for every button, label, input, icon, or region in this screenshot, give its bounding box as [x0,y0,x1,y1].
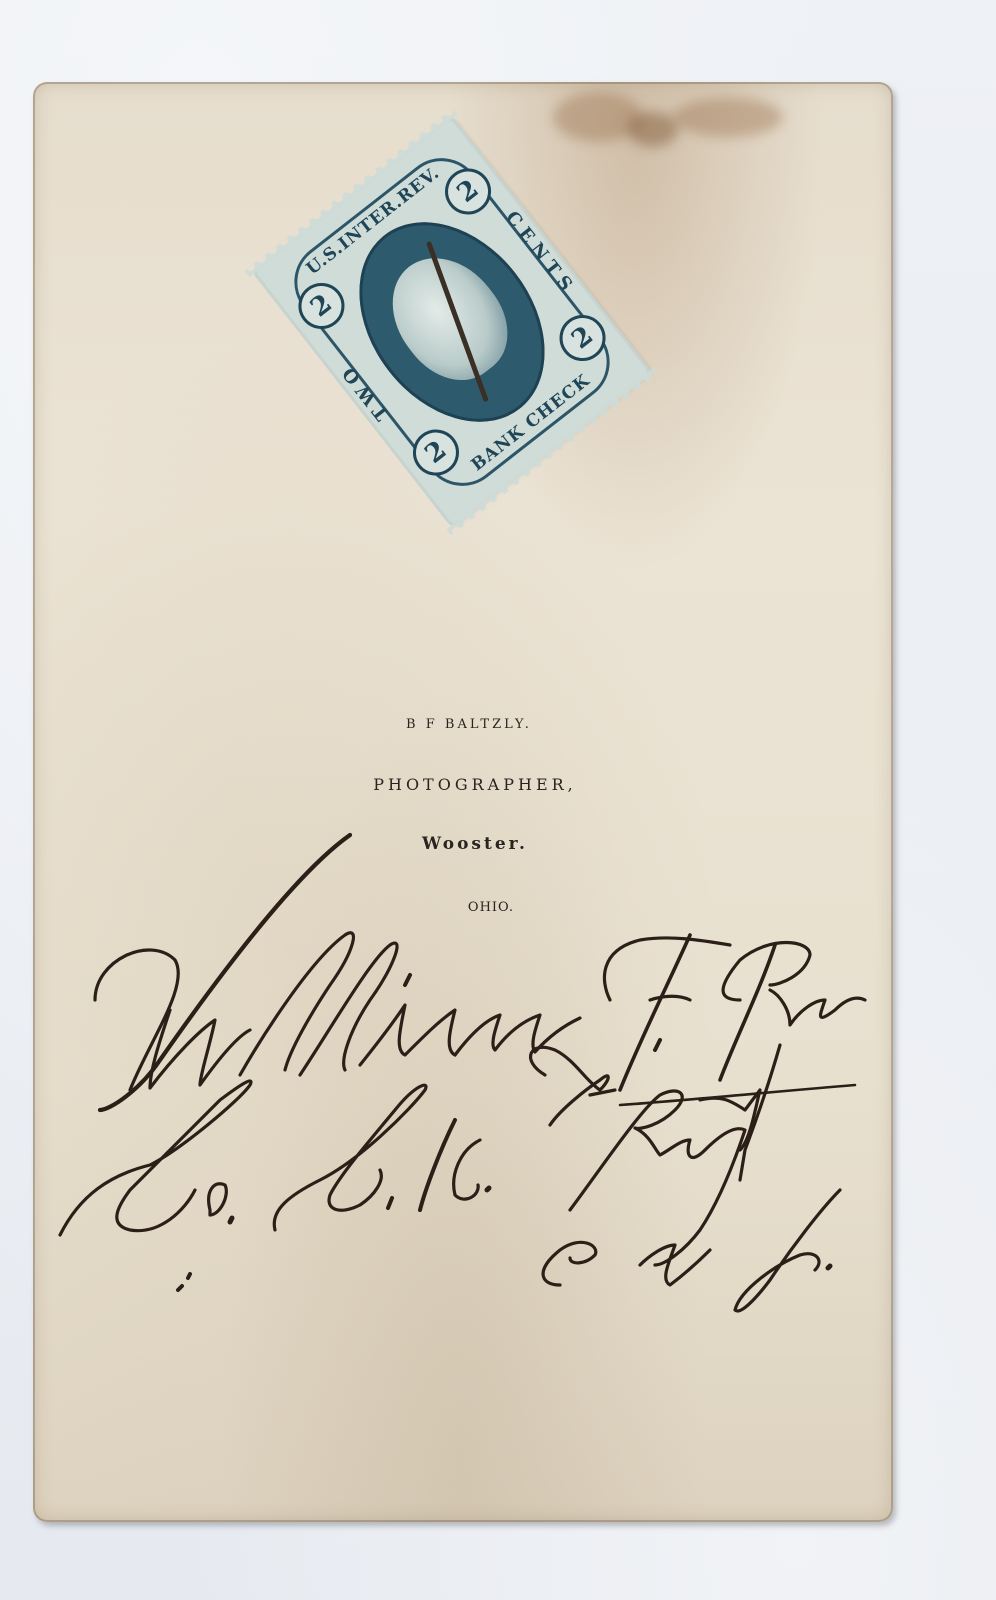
photographer-name: B F BALTZLY. [33,717,899,732]
washington-portrait-icon [370,236,529,400]
inscription-line-2: Co. C. 16th Regt [0,0,1,1]
revenue-stamp: U.S.INTER.REV. BANK CHECK TWO CENTS 2 2 … [240,100,660,545]
inscription-line-3: O V I [0,0,1,1]
stamp-body: U.S.INTER.REV. BANK CHECK TWO CENTS 2 2 … [256,120,648,525]
photographer-profession: PHOTOGRAPHER, [33,775,905,794]
photographer-state: OHIO. [33,900,921,915]
photographer-city: Wooster. [33,834,905,854]
inscription-line-1: William F. Piper [0,0,1,1]
water-stain [673,97,783,137]
